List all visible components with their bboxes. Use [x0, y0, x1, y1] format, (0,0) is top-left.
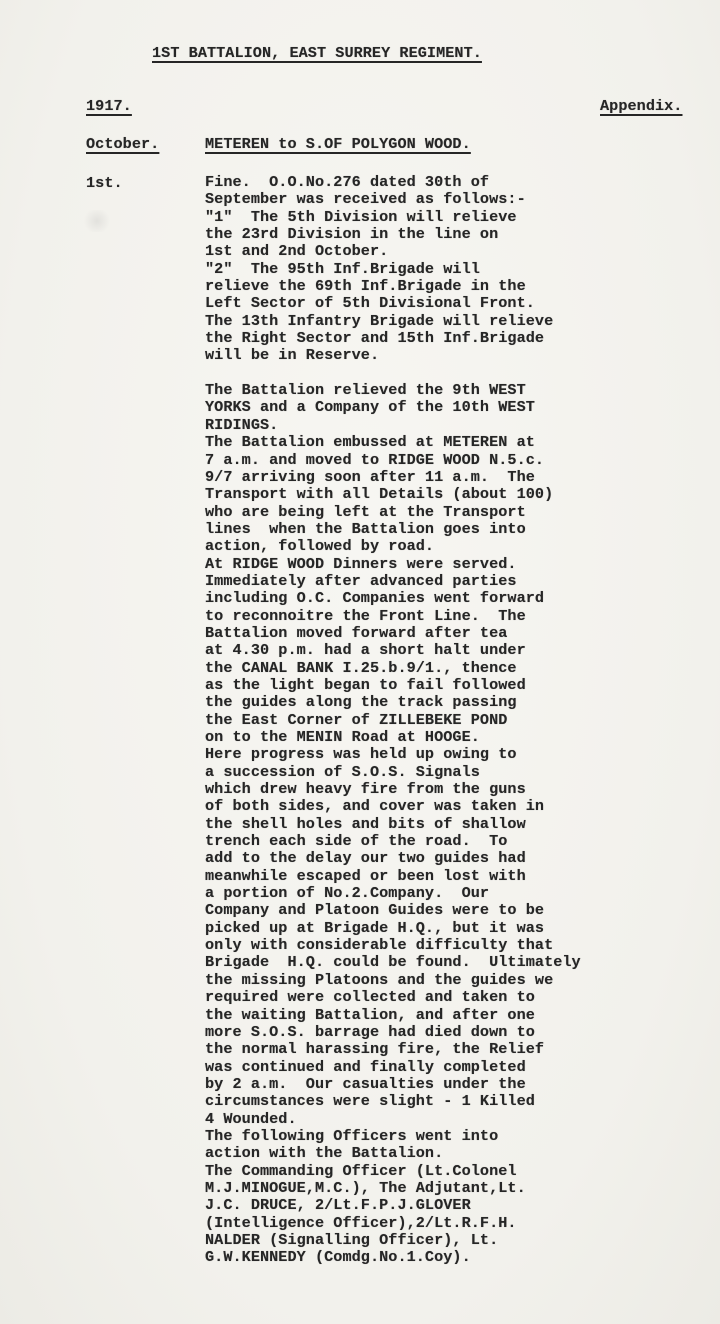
text-line: September was received as follows:-	[205, 191, 581, 208]
text-line: who are being left at the Transport	[205, 504, 581, 521]
text-line: the guides along the track passing	[205, 694, 581, 711]
text-line: J.C. DRUCE, 2/Lt.F.P.J.GLOVER	[205, 1197, 581, 1214]
text-line: 1st and 2nd October.	[205, 243, 581, 260]
entry-body: Fine. O.O.No.276 dated 30th ofSeptember …	[205, 174, 581, 1267]
text-line: Immediately after advanced parties	[205, 573, 581, 590]
text-line: add to the delay our two guides had	[205, 850, 581, 867]
text-line: 4 Wounded.	[205, 1111, 581, 1128]
text-line: At RIDGE WOOD Dinners were served.	[205, 556, 581, 573]
text-line: only with considerable difficulty that	[205, 937, 581, 954]
text-line: Left Sector of 5th Divisional Front.	[205, 295, 581, 312]
text-line: YORKS and a Company of the 10th WEST	[205, 399, 581, 416]
text-line: picked up at Brigade H.Q., but it was	[205, 920, 581, 937]
text-line: a succession of S.O.S. Signals	[205, 764, 581, 781]
text-line: Fine. O.O.No.276 dated 30th of	[205, 174, 581, 191]
text-line: the normal harassing fire, the Relief	[205, 1041, 581, 1058]
text-line: The 13th Infantry Brigade will relieve	[205, 313, 581, 330]
text-line: "2" The 95th Inf.Brigade will	[205, 261, 581, 278]
typed-page: 1ST BATTALION, EAST SURREY REGIMENT. 191…	[0, 0, 720, 1324]
paper-stain	[82, 210, 112, 232]
text-line: the East Corner of ZILLEBEKE POND	[205, 712, 581, 729]
route-heading: METEREN to S.OF POLYGON WOOD.	[205, 135, 471, 153]
month-label: October.	[86, 135, 159, 153]
text-line: of both sides, and cover was taken in	[205, 798, 581, 815]
text-line: which drew heavy fire from the guns	[205, 781, 581, 798]
text-line: Brigade H.Q. could be found. Ultimately	[205, 954, 581, 971]
text-line: circumstances were slight - 1 Killed	[205, 1093, 581, 1110]
text-line: action with the Battalion.	[205, 1145, 581, 1162]
text-line: 7 a.m. and moved to RIDGE WOOD N.5.c.	[205, 452, 581, 469]
text-line: (Intelligence Officer),2/Lt.R.F.H.	[205, 1215, 581, 1232]
text-line: to reconnoitre the Front Line. The	[205, 608, 581, 625]
text-line: by 2 a.m. Our casualties under the	[205, 1076, 581, 1093]
text-line: RIDINGS.	[205, 417, 581, 434]
text-line: more S.O.S. barrage had died down to	[205, 1024, 581, 1041]
text-line: the 23rd Division in the line on	[205, 226, 581, 243]
text-line: the CANAL BANK I.25.b.9/1., thence	[205, 660, 581, 677]
text-line: as the light began to fail followed	[205, 677, 581, 694]
text-line: relieve the 69th Inf.Brigade in the	[205, 278, 581, 295]
text-line: lines when the Battalion goes into	[205, 521, 581, 538]
text-line: the missing Platoons and the guides we	[205, 972, 581, 989]
text-line: meanwhile escaped or been lost with	[205, 868, 581, 885]
text-line: the shell holes and bits of shallow	[205, 816, 581, 833]
text-line: action, followed by road.	[205, 538, 581, 555]
text-line: Here progress was held up owing to	[205, 746, 581, 763]
text-line: 9/7 arriving soon after 11 a.m. The	[205, 469, 581, 486]
text-line: The following Officers went into	[205, 1128, 581, 1145]
text-line: including O.C. Companies went forward	[205, 590, 581, 607]
text-line: trench each side of the road. To	[205, 833, 581, 850]
year-label: 1917.	[86, 97, 132, 115]
text-line: required were collected and taken to	[205, 989, 581, 1006]
document-title: 1ST BATTALION, EAST SURREY REGIMENT.	[152, 44, 482, 62]
text-line: a portion of No.2.Company. Our	[205, 885, 581, 902]
text-line: "1" The 5th Division will relieve	[205, 209, 581, 226]
text-line: will be in Reserve.	[205, 347, 581, 364]
text-line: M.J.MINOGUE,M.C.), The Adjutant,Lt.	[205, 1180, 581, 1197]
text-line: Transport with all Details (about 100)	[205, 486, 581, 503]
text-line: G.W.KENNEDY (Comdg.No.1.Coy).	[205, 1249, 581, 1266]
text-line: the waiting Battalion, and after one	[205, 1007, 581, 1024]
entry-day: 1st.	[86, 174, 123, 192]
text-line: the Right Sector and 15th Inf.Brigade	[205, 330, 581, 347]
appendix-label: Appendix.	[600, 97, 682, 115]
text-line: NALDER (Signalling Officer), Lt.	[205, 1232, 581, 1249]
text-line: Battalion moved forward after tea	[205, 625, 581, 642]
text-line: on to the MENIN Road at HOOGE.	[205, 729, 581, 746]
text-line: at 4.30 p.m. had a short halt under	[205, 642, 581, 659]
text-line: The Battalion relieved the 9th WEST	[205, 382, 581, 399]
text-line	[205, 365, 581, 382]
text-line: Company and Platoon Guides were to be	[205, 902, 581, 919]
text-line: was continued and finally completed	[205, 1059, 581, 1076]
text-line: The Commanding Officer (Lt.Colonel	[205, 1163, 581, 1180]
text-line: The Battalion embussed at METEREN at	[205, 434, 581, 451]
